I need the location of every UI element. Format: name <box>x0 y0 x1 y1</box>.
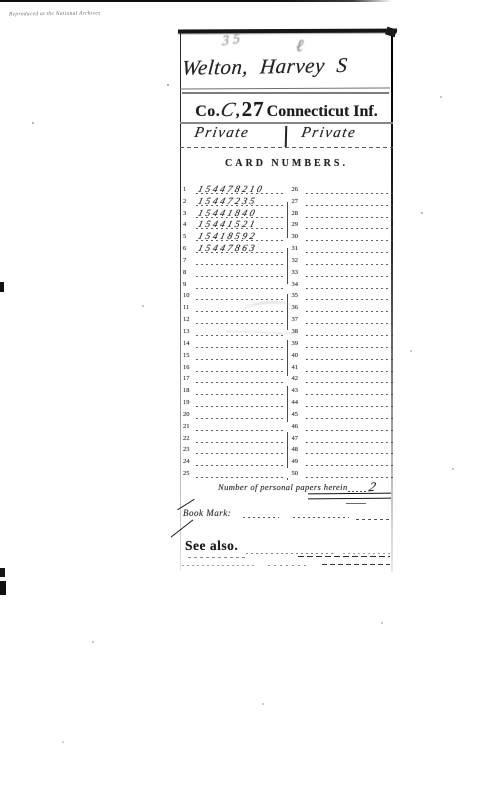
dotted-line-left: 15418592 <box>196 229 284 241</box>
scan-ink-blob <box>385 27 397 38</box>
dotted-line-right <box>306 241 394 253</box>
row-number-right: 47 <box>286 435 306 443</box>
row-number-right: 31 <box>286 245 306 253</box>
row-number-left: 22 <box>180 435 196 443</box>
column-divider-line <box>287 202 288 480</box>
dotted-line-right <box>306 206 394 218</box>
dotted-line-left <box>196 443 284 455</box>
dotted-line-fragment <box>356 519 390 520</box>
dotted-line-right <box>306 395 394 407</box>
dotted-line-right <box>306 454 394 466</box>
row-number-left: 10 <box>180 292 196 300</box>
row-number-left: 6 <box>180 245 196 253</box>
row-number-left: 9 <box>180 281 196 289</box>
dotted-line-right <box>306 229 394 241</box>
row-number-left: 25 <box>180 470 196 478</box>
see-also-label: See also. <box>185 538 238 554</box>
row-number-left: 4 <box>180 221 196 229</box>
dotted-line-fragment <box>298 556 390 557</box>
dotted-line-left: 154478210 <box>196 182 284 194</box>
handwritten-double-underline <box>308 493 391 500</box>
row-number-left: 19 <box>180 399 196 407</box>
dotted-line-left <box>196 431 284 443</box>
dotted-line-right <box>306 265 394 277</box>
dotted-line-left: 15441840 <box>196 206 284 218</box>
service-record-card: 35 ℓ Welton, Harvey S Co.C,27Connecticut… <box>180 30 393 572</box>
dotted-line-left <box>196 336 284 348</box>
dotted-line-left <box>196 277 284 289</box>
book-mark-row: Book Mark: <box>183 508 391 518</box>
row-number-right: 34 <box>286 281 306 289</box>
dotted-line-right <box>306 289 394 301</box>
row-number-left: 3 <box>180 210 196 218</box>
dotted-line-left <box>196 395 284 407</box>
scan-edge-mark <box>0 581 6 595</box>
dotted-line-fragment <box>322 564 390 565</box>
rank-enlisted: Private <box>178 125 288 147</box>
dotted-leader <box>348 484 366 492</box>
row-number-left: 13 <box>180 328 196 336</box>
row-number-left: 1 <box>180 186 196 194</box>
unit-separator: , <box>236 103 240 120</box>
dotted-line-left <box>196 253 284 265</box>
dotted-line-right <box>306 348 394 360</box>
row-number-right: 29 <box>286 221 306 229</box>
dotted-line-right <box>306 383 394 395</box>
dotted-line-left <box>196 265 284 277</box>
row-number-right: 48 <box>286 446 306 454</box>
rank-underline <box>180 147 393 148</box>
dotted-line-left <box>196 348 284 360</box>
row-number-right: 45 <box>286 411 306 419</box>
row-number-right: 41 <box>286 364 306 372</box>
name-underline <box>182 92 389 94</box>
dotted-line-left <box>196 360 284 372</box>
row-number-right: 26 <box>286 186 306 194</box>
scanned-document-page: { "page": { "archives_note": "Reproduced… <box>0 0 485 800</box>
card-number-row: 1 154478210 26 <box>180 182 393 194</box>
row-number-right: 27 <box>286 198 306 206</box>
row-number-right: 35 <box>286 292 306 300</box>
dotted-line <box>343 546 391 554</box>
row-number-left: 20 <box>180 411 196 419</box>
row-number-left: 15 <box>180 352 196 360</box>
dotted-line-right <box>306 312 394 324</box>
unit-underline <box>180 122 393 124</box>
dotted-line-right <box>306 419 394 431</box>
dotted-line-left: 15441521 <box>196 218 284 230</box>
dotted-line-right <box>306 218 394 230</box>
pen-check-stroke <box>171 519 194 537</box>
row-number-right: 28 <box>286 210 306 218</box>
row-number-right: 49 <box>286 458 306 466</box>
row-number-left: 16 <box>180 364 196 372</box>
row-number-left: 14 <box>180 340 196 348</box>
row-number-left: 8 <box>180 269 196 277</box>
unit-line: Co.C,27Connecticut Inf. <box>180 97 393 122</box>
row-number-right: 42 <box>286 375 306 383</box>
dotted-line-fragment <box>182 565 254 566</box>
scan-edge-mark <box>0 568 5 577</box>
row-number-right: 40 <box>286 352 306 360</box>
dotted-line-fragment <box>188 557 246 558</box>
row-number-left: 23 <box>180 446 196 454</box>
dotted-line-right <box>306 336 394 348</box>
pencil-scribble: 35 <box>222 31 244 51</box>
regiment-name: Connecticut Inf. <box>267 103 378 120</box>
dotted-line-left <box>196 407 284 419</box>
dotted-line-right <box>306 324 394 336</box>
dotted-line-right <box>306 182 394 194</box>
row-number-left: 18 <box>180 387 196 395</box>
dotted-line <box>246 546 333 554</box>
row-number-right: 39 <box>286 340 306 348</box>
row-number-left: 12 <box>180 316 196 324</box>
row-number-right: 46 <box>286 423 306 431</box>
scan-top-edge-line <box>0 0 392 2</box>
dotted-line <box>243 510 279 518</box>
row-number-left: 11 <box>180 304 196 312</box>
scan-specks <box>0 0 2 2</box>
company-letter-handwritten: C <box>218 99 237 122</box>
row-number-right: 30 <box>286 233 306 241</box>
dotted-line-left <box>196 466 284 478</box>
dotted-line-left <box>196 454 284 466</box>
rank-discharged: Private <box>285 125 395 147</box>
dotted-line-right <box>306 253 394 265</box>
row-number-left: 2 <box>180 198 196 206</box>
company-prefix: Co. <box>195 103 220 120</box>
dotted-line-right <box>306 194 394 206</box>
row-number-left: 24 <box>180 458 196 466</box>
row-number-right: 43 <box>286 387 306 395</box>
dotted-line-right <box>306 443 394 455</box>
row-number-left: 21 <box>180 423 196 431</box>
dotted-line-left <box>196 419 284 431</box>
dotted-line-right <box>306 300 394 312</box>
dotted-line-left: 15447235 <box>196 194 284 206</box>
dotted-line-fragment <box>268 565 310 566</box>
dotted-line-right <box>306 431 394 443</box>
regiment-number: 27 <box>242 97 265 121</box>
row-number-right: 33 <box>286 269 306 277</box>
row-number-left: 7 <box>180 257 196 265</box>
dotted-line <box>293 510 349 518</box>
personal-papers-row: Number of personal papers herein 2 <box>218 482 393 492</box>
row-number-left: 5 <box>180 233 196 241</box>
row-number-right: 44 <box>286 399 306 407</box>
see-also-row: See also. <box>185 538 391 554</box>
row-number-right: 50 <box>286 470 306 478</box>
soldier-name: Welton, Harvey S <box>181 52 389 81</box>
dotted-line-right <box>306 277 394 289</box>
book-mark-label: Book Mark: <box>183 508 231 518</box>
dotted-line-left <box>196 372 284 384</box>
card-numbers-heading: CARD NUMBERS. <box>180 158 393 169</box>
dotted-line-right <box>306 360 394 372</box>
name-underline <box>180 87 390 89</box>
dotted-line-left: 15447863 <box>196 241 284 253</box>
archives-note: Reproduced at the National Archives <box>9 11 101 18</box>
card-top-border <box>178 29 397 34</box>
dotted-line-fragment <box>346 503 366 504</box>
scan-edge-mark <box>0 282 4 292</box>
dotted-line-right <box>306 466 394 478</box>
dotted-line-left <box>196 289 284 301</box>
dotted-line-right <box>306 407 394 419</box>
dotted-line-left <box>196 383 284 395</box>
personal-papers-label: Number of personal papers herein <box>218 482 348 492</box>
row-number-right: 32 <box>286 257 306 265</box>
personal-papers-count-handwritten: 2 <box>367 482 376 492</box>
dotted-line-right <box>306 372 394 384</box>
row-number-left: 17 <box>180 375 196 383</box>
